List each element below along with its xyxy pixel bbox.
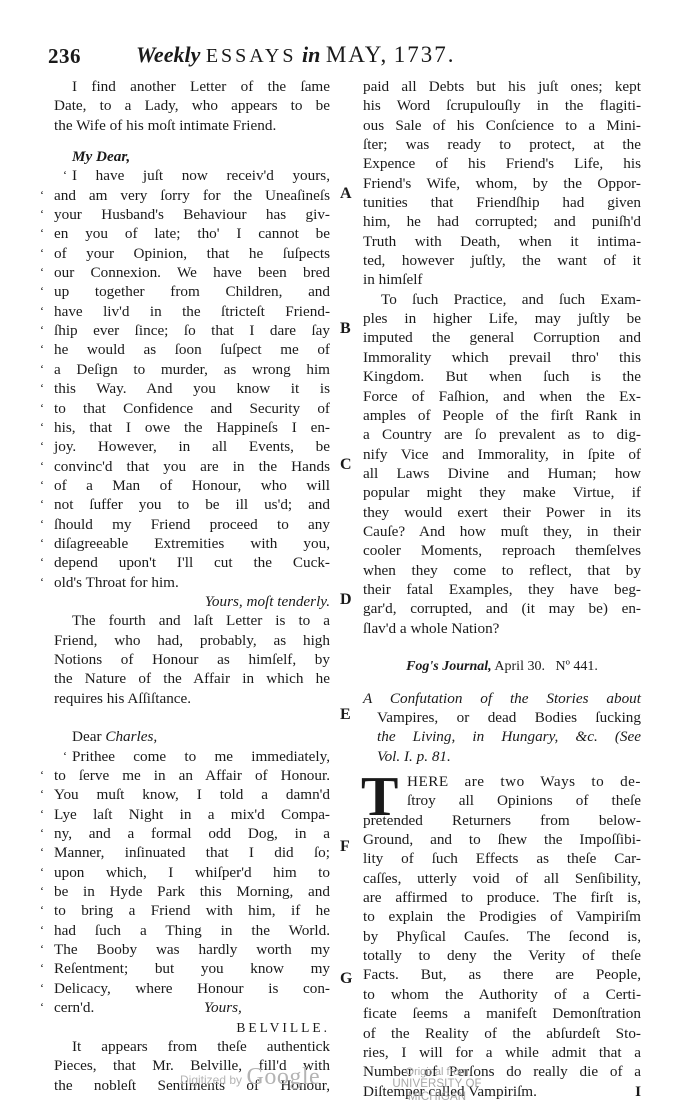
article-line: ries, I will for a while admit that a [363, 1043, 641, 1062]
margin-letter-d: D [340, 591, 352, 609]
letter-line-closing: cern'd. Yours, [54, 998, 330, 1017]
article-body: T HERE are two Ways to de- ſtroy all Opi… [363, 772, 641, 1100]
text-line: they would exert their Power in its [363, 503, 641, 522]
article-line: Ground, and to ſhew the Impoſſibi- [363, 830, 641, 849]
letter-line: had ſuch a Thing in the World. [54, 921, 330, 940]
letter-line: en you of late; tho' I cannot be [54, 224, 330, 243]
original-source-watermark: Original from UNIVERSITY OF MICHIGAN [372, 1066, 502, 1100]
running-header: 236 Weekly Essays in MAY, 1737. [48, 42, 628, 72]
letter-line: You muſt know, I told a damn'd [54, 785, 330, 804]
text-line: Truth with Death, when it intima- [363, 232, 641, 251]
letter-line: up together from Children, and [54, 282, 330, 301]
article-line: Facts. But, as there are People, [363, 965, 641, 984]
original-from-label: Original from [372, 1066, 502, 1078]
source-number: Nº 441. [555, 659, 597, 674]
letter-line: diſagreeable Extremities with you, [54, 534, 330, 553]
title-weekly: Weekly [136, 42, 200, 67]
letter-line: of a Man of Honour, who will [54, 476, 330, 495]
letter-line: convinc'd that you are in the Hands [54, 457, 330, 476]
text-line: their fatal Examples, they have beg- [363, 580, 641, 599]
text-line: tunities that Friendſhip had given [363, 193, 641, 212]
letter-line: Reſentment; but you know my [54, 959, 330, 978]
letter-line: depend upon't I'll cut the Cuck- [54, 553, 330, 572]
letter-line: ny, and a formal odd Dog, in a [54, 824, 330, 843]
right-column: paid all Debts but his juſt ones; kept h… [363, 77, 641, 1100]
text-line: Notions of Honour as himſelf, by [54, 650, 330, 669]
margin-letter-a: A [340, 185, 352, 203]
text-line: The fourth and laſt Letter is to a [54, 611, 330, 630]
text-line: ted, however juſtly, the want of it [363, 251, 641, 270]
text-line: Cauſe? And how muſt they, in their [363, 522, 641, 541]
text-line: him, he had corrupted; and puniſh'd [363, 212, 641, 231]
article-heading-line: the Living, in Hungary, &c. (See [363, 727, 641, 746]
text-line: Friend's Wife, whom, by the Oppor- [363, 174, 641, 193]
article-line: pretended Returners from below- [363, 811, 641, 830]
catchword: I [635, 1082, 641, 1100]
source-citation: Fog's Journal, April 30. Nº 441. [363, 657, 641, 676]
text-line: in himſelf [363, 270, 641, 289]
margin-letter-g: G [340, 970, 352, 988]
text-line: amples of People of the firſt Rank in [363, 406, 641, 425]
text-line: cooler Moments, reproach themſelves [363, 541, 641, 560]
text-line: I find another Letter of the ſame [54, 77, 330, 96]
letter-line: to that Confidence and Security of [54, 399, 330, 418]
text-line: Force of Faſhion, and when the Ex- [363, 387, 641, 406]
article-line: by Phyſical Cauſes. The ſecond is, [363, 927, 641, 946]
text-line: paid all Debts but his juſt ones; kept [363, 77, 641, 96]
article-heading-line: Vampires, or dead Bodies ſucking [363, 708, 641, 727]
title-year: 1737. [394, 42, 456, 67]
letter-line: of your Opinion, that he ſuſpects [54, 244, 330, 263]
text-line: gar'd, corrupted, and (it may be) en- [363, 599, 641, 618]
text-line: Immorality which prevail thro' this [363, 348, 641, 367]
letter-line: have liv'd in the ſtricteſt Friend- [54, 302, 330, 321]
text-line: nify Vice and Immorality, in ſpite of [363, 445, 641, 464]
letter-line: he would as ſoon ſuſpect me of [54, 340, 330, 359]
text-line: Kingdom. But when ſuch is the [363, 367, 641, 386]
salutation-dear: Dear [72, 728, 102, 745]
article-line: totally to deny the Verity of theſe [363, 946, 641, 965]
article-line: of the Reality of the abſurdeſt Sto- [363, 1024, 641, 1043]
letter-line: a Deſign to murder, as wrong him [54, 360, 330, 379]
text-line: Expence of his Friend's Life, his [363, 154, 641, 173]
left-column: I find another Letter of the ſame Date, … [54, 77, 330, 1095]
letter-line: his, that I owe the Happineſs I en- [54, 418, 330, 437]
article-heading-line: Vol. I. p. 81. [363, 747, 641, 766]
letter-salutation: My Dear, [54, 147, 330, 166]
text-line: the Wife of his moſt intimate Friend. [54, 116, 330, 135]
letter-line: this Way. And you know it is [54, 379, 330, 398]
text-line: all Laws Divine and Human; how [363, 464, 641, 483]
letter-line: our Connexion. We have been bred [54, 263, 330, 282]
article-first-line: HERE are two Ways to de- [363, 772, 641, 791]
running-title: Weekly Essays in MAY, 1737. [136, 42, 455, 68]
text-line: imputed the general Corruption and [363, 328, 641, 347]
margin-letter-e: E [340, 706, 351, 724]
margin-letter-f: F [340, 838, 350, 856]
letter-line: be in Hyde Park this Morning, and [54, 882, 330, 901]
article-line: ficate ſeems a manifeſt Demonſtration [363, 1004, 641, 1023]
letter-line: ſhip ever ſince; ſo that I dare ſay [54, 321, 330, 340]
text-line: ſlav'd a whole Nation? [363, 619, 641, 638]
article-line: are affirmed to produce. The firſt is, [363, 888, 641, 907]
letter-last-word: cern'd. [54, 999, 94, 1016]
text-line: when they come to reflect, that by [363, 561, 641, 580]
letter-line: joy. However, in all Events, be [54, 437, 330, 456]
margin-letter-c: C [340, 456, 352, 474]
letter-line: The Booby was hardly worth my [54, 940, 330, 959]
letter-closing: Yours, [204, 998, 242, 1017]
letter-line: your Husband's Behaviour has giv- [54, 205, 330, 224]
text-line: ous Sale of his Conſcience to a Mini- [363, 116, 641, 135]
text-line: Date, to a Lady, who appears to be [54, 96, 330, 115]
text-line: To ſuch Practice, and ſuch Exam- [363, 290, 641, 309]
letter-line: old's Throat for him. [54, 573, 330, 592]
article-line: to explain the Prodigies of Vampiriſm [363, 907, 641, 926]
text-line: ſter; was ready to protect, at the [363, 135, 641, 154]
letter-closing: Yours, moſt tenderly. [54, 592, 330, 611]
google-logo: Google [246, 1064, 320, 1090]
letter-line: and am very ſorry for the Uneaſineſs [54, 186, 330, 205]
digitized-by-google-watermark: Digitized by Google [180, 1064, 320, 1091]
page-number: 236 [48, 44, 81, 69]
letter2-salutation: Dear Charles, [54, 727, 330, 746]
margin-letter-b: B [340, 320, 351, 338]
letter-line: to bring a Friend with him, if he [54, 901, 330, 920]
letter-line: I have juſt now receiv'd yours, [54, 166, 330, 185]
article-line: lity of ſuch Effects as theſe Car- [363, 849, 641, 868]
article-line: caſſes, utterly void of all Senſibility, [363, 869, 641, 888]
letter-line: not ſuffer you to be ill us'd; and [54, 495, 330, 514]
letter-line: upon which, I whiſper'd him to [54, 863, 330, 882]
title-month: MAY, [326, 42, 388, 67]
article-line: to whom the Authority of a Certi- [363, 985, 641, 1004]
article-line: ſtroy all Opinions of theſe [363, 791, 641, 810]
text-line: a Country are ſo prevalent as to dig- [363, 425, 641, 444]
text-line: Friend, who had, probably, as high [54, 631, 330, 650]
letter-line: Delicacy, where Honour is con- [54, 979, 330, 998]
letter-line: ſhould my Friend proceed to any [54, 515, 330, 534]
text-line: requires his Aſſiſtance. [54, 689, 330, 708]
text-line: ples in higher Life, may juſtly be [363, 309, 641, 328]
text-line: It appears from theſe authentick [54, 1037, 330, 1056]
title-in: in [302, 42, 320, 67]
source-journal: Fog's Journal, [406, 659, 492, 674]
title-essays: Essays [206, 45, 297, 67]
article-heading-line: A Confutation of the Stories about [363, 689, 641, 708]
letter-line: to ſerve me in an Affair of Honour. [54, 766, 330, 785]
digitized-prefix: Digitized by [180, 1073, 242, 1087]
institution-label: UNIVERSITY OF MICHIGAN [372, 1078, 502, 1100]
letter-signature: Belville. [54, 1018, 330, 1037]
letter-line: Prithee come to me immediately, [54, 747, 330, 766]
text-line: his Word ſcrupulouſly in the flagiti- [363, 96, 641, 115]
letter-line: Lye laſt Night in a mix'd Compa- [54, 805, 330, 824]
source-date: April 30. [494, 659, 545, 674]
text-line: the Nature of the Affair in which he [54, 669, 330, 688]
text-line: popular might they make Virtue, if [363, 483, 641, 502]
salutation-name: Charles, [105, 728, 157, 745]
letter-line: Manner, inſinuated that I did ſo; [54, 843, 330, 862]
